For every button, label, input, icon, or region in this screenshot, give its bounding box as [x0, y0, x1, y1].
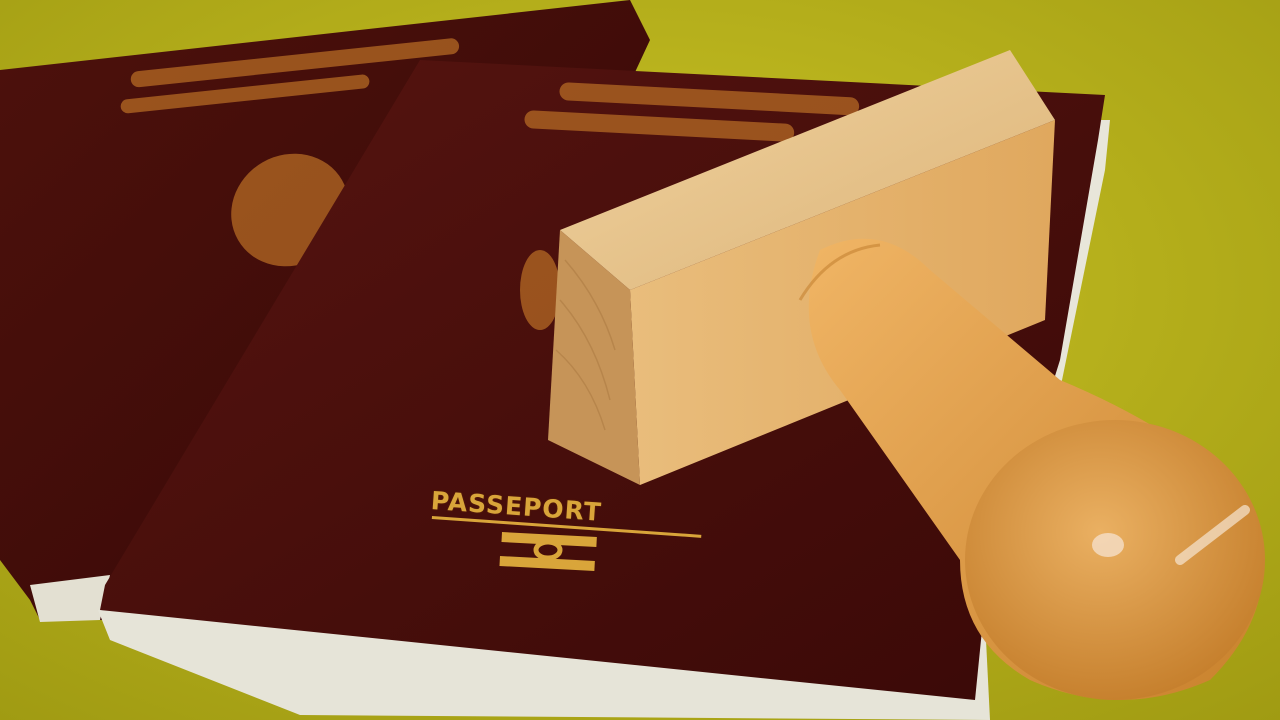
photo-scene: PASSEPORT [0, 0, 1280, 720]
photo-illustration [0, 0, 1280, 720]
